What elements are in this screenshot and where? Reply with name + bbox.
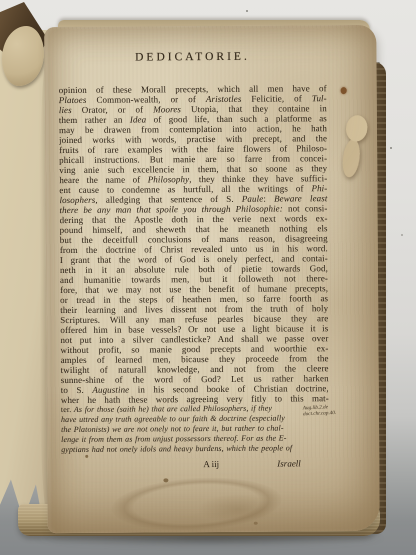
margin-note-line: doct.chr.cap.40. [303, 409, 359, 417]
photo-of-antique-book: DEDICATORIE. opinion of these Morall pre… [0, 0, 416, 555]
text-column: opinion of these Morall precepts, which … [59, 83, 330, 472]
background-speck [246, 10, 248, 12]
signature-row: A iijIsraell [61, 458, 329, 472]
clasp-remnant [335, 113, 373, 182]
ink-spot-stain [341, 87, 347, 94]
background-speck [390, 147, 392, 149]
book-page: DEDICATORIE. opinion of these Morall pre… [44, 25, 380, 533]
background-speck [401, 234, 403, 236]
margin-note: Aug.lib.2.de doct.chr.cap.40. [303, 403, 359, 417]
text-line: gyptians had not onely idols and heavy b… [61, 443, 329, 455]
catchword: Israell [277, 458, 301, 468]
page-title: DEDICATORIE. [58, 50, 326, 64]
stain-dot [254, 522, 258, 525]
stain-blotch [198, 494, 278, 525]
signature-mark: A iij [203, 459, 219, 469]
stain-dot [163, 478, 168, 482]
